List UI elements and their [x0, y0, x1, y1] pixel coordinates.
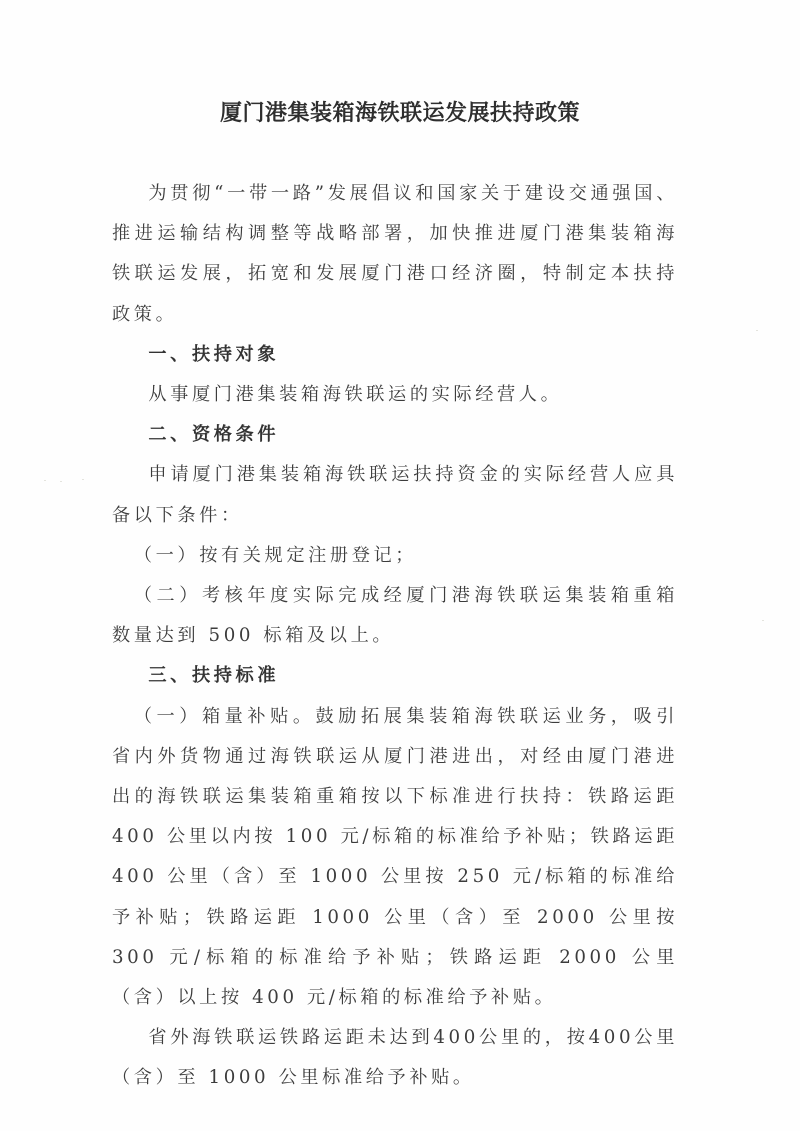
scan-speck	[762, 620, 764, 621]
section-heading-support-target: 一、扶持对象	[112, 335, 678, 375]
standard-item-1: （一）箱量补贴。鼓励拓展集装箱海铁联运业务，吸引省内外货物通过海铁联运从厦门港进…	[112, 697, 678, 1019]
support-target-paragraph: 从事厦门港集装箱海铁联运的实际经营人。	[112, 375, 678, 415]
scan-speck	[60, 481, 62, 482]
scan-speck	[44, 480, 46, 481]
eligibility-item-2: （二）考核年度实际完成经厦门港海铁联运集装箱重箱数量达到 500 标箱及以上。	[112, 576, 678, 656]
scan-speck	[756, 330, 758, 331]
document-page: 厦门港集装箱海铁联运发展扶持政策 为贯彻“一带一路”发展倡议和国家关于建设交通强…	[0, 0, 800, 1131]
out-of-province-paragraph: 省外海铁联运铁路运距未达到400公里的，按400公里（含）至 1000 公里标准…	[112, 1018, 678, 1098]
intro-paragraph: 为贯彻“一带一路”发展倡议和国家关于建设交通强国、推进运输结构调整等战略部署，加…	[112, 174, 678, 335]
scan-speck	[82, 479, 84, 480]
eligibility-intro-paragraph: 申请厦门港集装箱海铁联运扶持资金的实际经营人应具备以下条件：	[112, 455, 678, 535]
document-body: 为贯彻“一带一路”发展倡议和国家关于建设交通强国、推进运输结构调整等战略部署，加…	[112, 174, 678, 1099]
eligibility-item-1: （一）按有关规定注册登记；	[112, 536, 678, 576]
document-title: 厦门港集装箱海铁联运发展扶持政策	[0, 96, 800, 127]
section-heading-eligibility: 二、资格条件	[112, 415, 678, 455]
section-heading-support-standard: 三、扶持标准	[112, 656, 678, 696]
